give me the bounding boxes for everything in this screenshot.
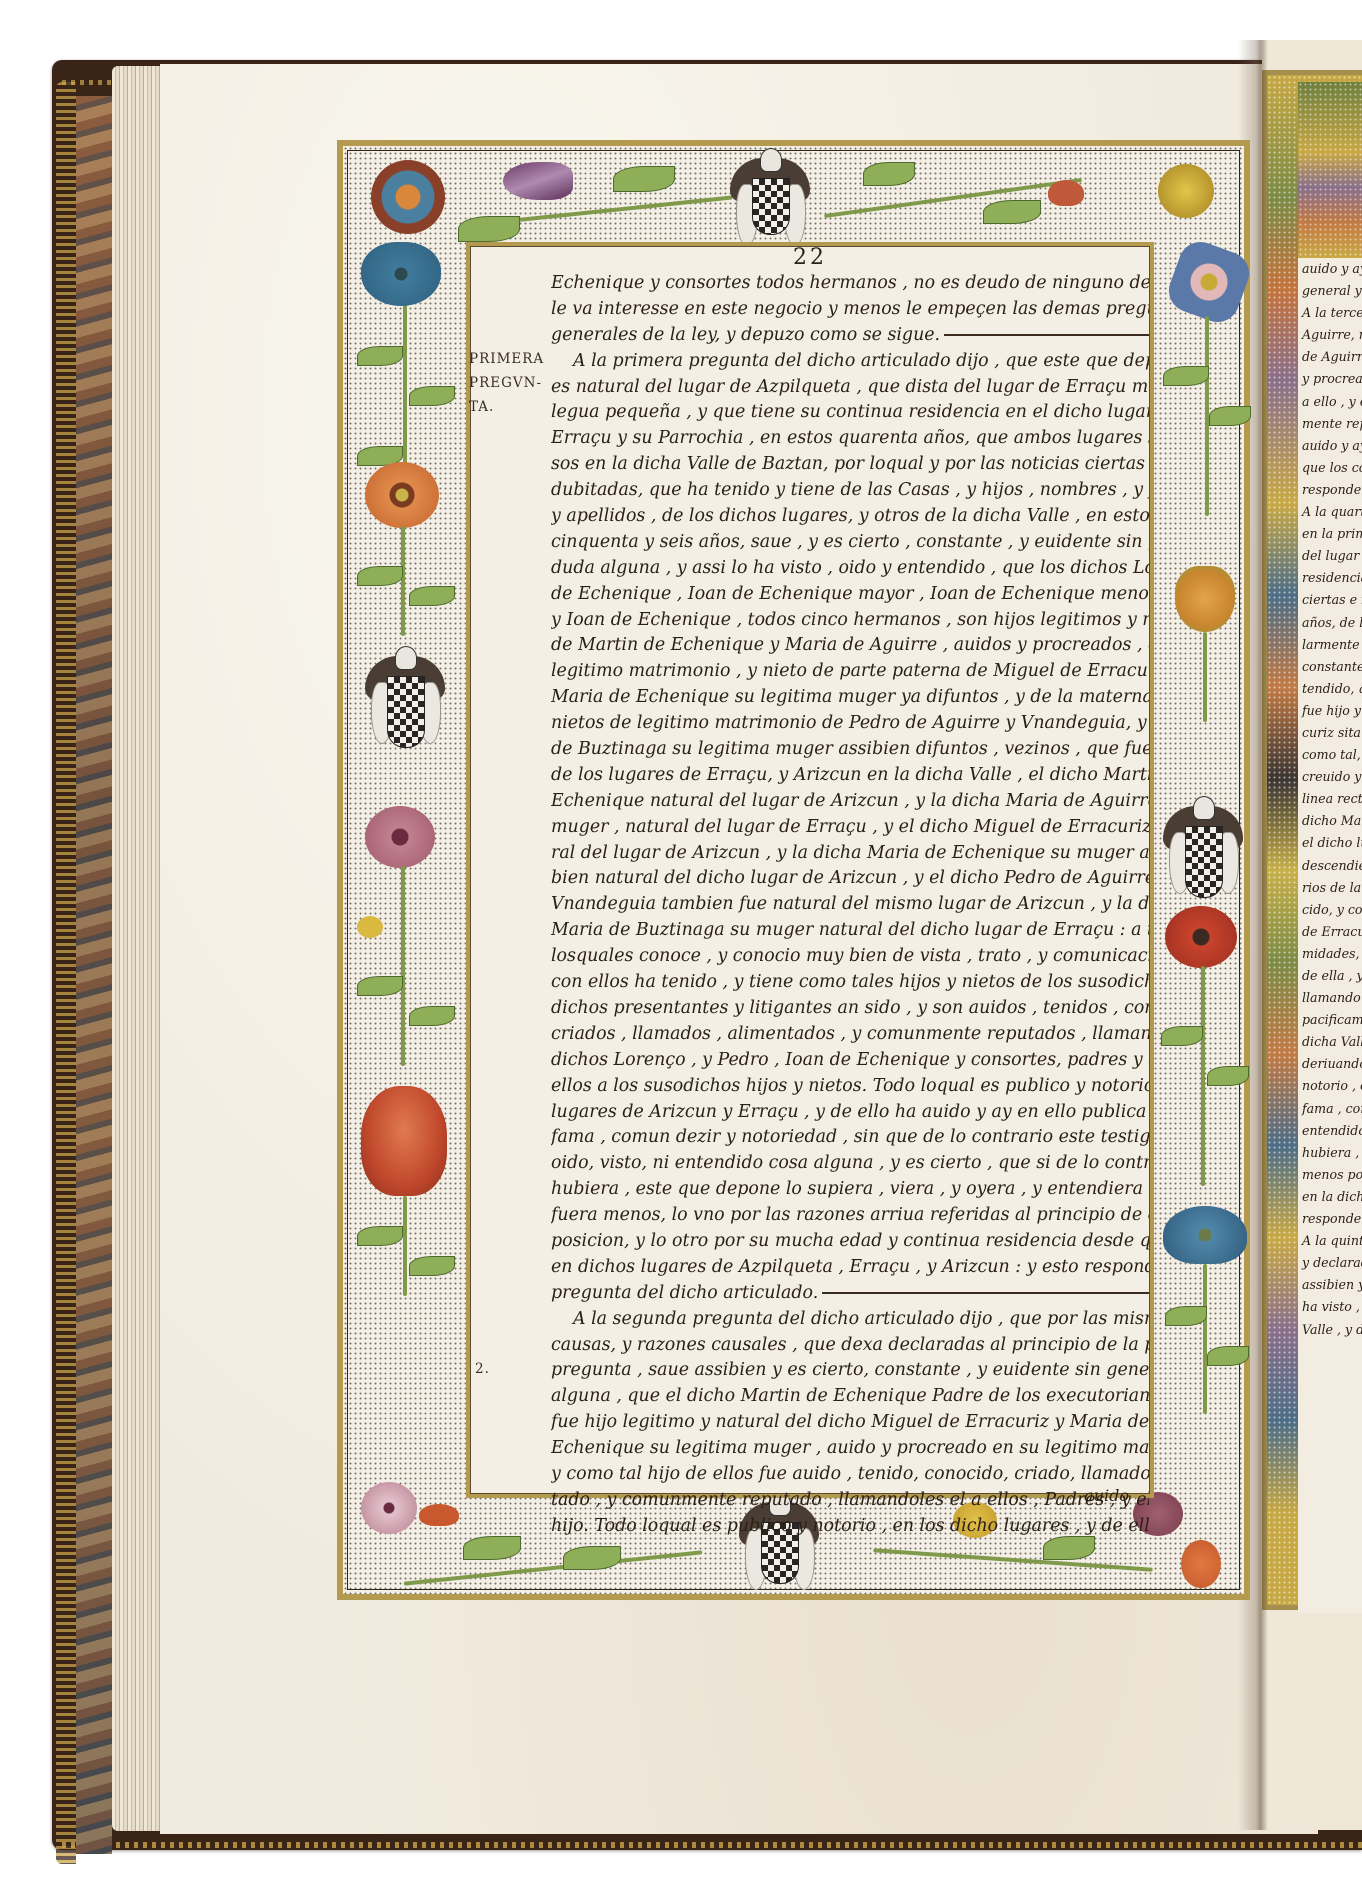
right-page-text-line: midades, tiene bbox=[1302, 943, 1362, 965]
text-line: dichos Lorenço , y Pedro , Ioan de Echen… bbox=[551, 1048, 1149, 1074]
right-page-text-line: curiz sita e bbox=[1302, 722, 1362, 744]
text-line: Maria de Buztinaga su muger natural del … bbox=[551, 918, 1149, 944]
right-page-text-line: llamando los bbox=[1302, 987, 1362, 1009]
right-page-text-line: a ello , y es auida, bbox=[1302, 391, 1362, 413]
text-line: nietos de legitimo matrimonio de Pedro d… bbox=[551, 711, 1149, 737]
gilt-tooling-bottom bbox=[62, 1842, 1362, 1848]
text-line: lugares de Arizcun y Erraçu , y de ello … bbox=[551, 1100, 1149, 1126]
right-page-text-line: mente reputada , ll bbox=[1302, 413, 1362, 435]
text-line: bien natural del dicho lugar de Arizcun … bbox=[551, 866, 1149, 892]
right-page-text-line: el dicho luga bbox=[1302, 832, 1362, 854]
text-line: y Ioan de Echenique , todos cinco herman… bbox=[551, 608, 1149, 634]
text-line: con ellos ha tenido , y tiene como tales… bbox=[551, 970, 1149, 996]
text-line: de Echenique , Ioan de Echenique mayor ,… bbox=[551, 582, 1149, 608]
right-page-text-line: dicho Maria bbox=[1302, 810, 1362, 832]
page-number: 22 bbox=[471, 245, 1149, 270]
right-page-text-line: hubiera , este bbox=[1302, 1142, 1362, 1164]
text-line: fuera menos, lo vno por las razones arri… bbox=[551, 1203, 1149, 1229]
text-line: A la segunda pregunta del dicho articula… bbox=[551, 1307, 1149, 1333]
text-line: Vnandeguia tambien fue natural del mismo… bbox=[551, 892, 1149, 918]
line-filler-rule bbox=[944, 334, 1149, 336]
right-page-text-line: y procreado , en su bbox=[1302, 368, 1362, 390]
text-line: le va interesse en este negocio y menos … bbox=[551, 297, 1149, 323]
orange-marigold-ornament-icon bbox=[1181, 1540, 1221, 1588]
dianthus-ornament-icon bbox=[361, 1482, 417, 1534]
right-page-text-line: fue hijo y d bbox=[1302, 700, 1362, 722]
floral-border-frame: 22 PRIMERA PREGVN- TA. 2. Echenique y co… bbox=[337, 140, 1250, 1600]
text-line: losquales conoce , y conocio muy bien de… bbox=[551, 944, 1149, 970]
right-page-text-line: responde a la bbox=[1302, 1208, 1362, 1230]
right-page-text-line: creuido y rec bbox=[1302, 766, 1362, 788]
yellow-tulip-ornament-icon bbox=[1175, 566, 1235, 632]
right-page-text-line: del lugar de bbox=[1302, 545, 1362, 567]
text-line: en dichos lugares de Azpilqueta , Erraçu… bbox=[551, 1255, 1149, 1281]
coat-of-arms-right-icon bbox=[1163, 796, 1243, 906]
orange-bud-ornament-icon bbox=[419, 1504, 459, 1526]
right-page-text-line: residencia , q bbox=[1302, 567, 1362, 589]
text-line: fama , comun dezir y notoriedad , sin qu… bbox=[551, 1125, 1149, 1151]
text-line: es natural del lugar de Azpilqueta , que… bbox=[551, 375, 1149, 401]
red-flower-ornament-icon bbox=[1165, 906, 1237, 968]
right-page-text-line: Aguirre, madre de bbox=[1302, 324, 1362, 346]
marbled-pastedown bbox=[76, 96, 112, 1854]
right-page-text-line: dicha Valle bbox=[1302, 1031, 1362, 1053]
right-page-text-line: como tal, lo bbox=[1302, 744, 1362, 766]
text-line: muger , natural del lugar de Erraçu , y … bbox=[551, 815, 1149, 841]
text-line: causas, y razones causales , que dexa de… bbox=[551, 1333, 1149, 1359]
yellow-rose-ornament-icon bbox=[1158, 164, 1214, 218]
right-page-text-line: general y singularme bbox=[1302, 280, 1362, 302]
blue-iris-ornament-icon bbox=[1163, 1206, 1247, 1264]
blue-pansy-ornament-icon bbox=[361, 242, 441, 306]
text-line: y apellidos , de los dichos lugares, y o… bbox=[551, 504, 1149, 530]
text-line: ellos a los susodichos hijos y nietos. T… bbox=[551, 1074, 1149, 1100]
right-page-text-line: notorio , en bbox=[1302, 1075, 1362, 1097]
right-page-text-line: y declarada bbox=[1302, 1252, 1362, 1274]
right-page-text-line: A la quarta bbox=[1302, 501, 1362, 523]
right-page-text-line: que los conocieron bbox=[1302, 457, 1362, 479]
right-page-text-line: cido, y comunm bbox=[1302, 899, 1362, 921]
text-line: hijo. Todo loqual es publico y notorio ,… bbox=[551, 1514, 1149, 1540]
text-line: cinquenta y seis años, saue , y es ciert… bbox=[551, 530, 1149, 556]
text-line: sos en la dicha Valle de Baztan, por loq… bbox=[551, 452, 1149, 478]
coat-of-arms-top-icon bbox=[730, 148, 810, 238]
right-page-text-line: larmente de l bbox=[1302, 634, 1362, 656]
text-line: fue hijo legitimo y natural del dicho Mi… bbox=[551, 1410, 1149, 1436]
right-page-text-line: assibien y es bbox=[1302, 1274, 1362, 1296]
text-line: legua pequeña , y que tiene su continua … bbox=[551, 400, 1149, 426]
right-page-top-ornament bbox=[1298, 82, 1362, 258]
text-line: alguna , que el dicho Martin de Echeniqu… bbox=[551, 1384, 1149, 1410]
text-line: dichos presentantes y litigantes an sido… bbox=[551, 996, 1149, 1022]
text-line: dubitadas, que ha tenido y tiene de las … bbox=[551, 478, 1149, 504]
right-page-text-line: ciertas e indub bbox=[1302, 589, 1362, 611]
right-page-text-line: ha visto , y bbox=[1302, 1296, 1362, 1318]
text-line: ral del lugar de Arizcun , y la dicha Ma… bbox=[551, 841, 1149, 867]
right-page-text-line: rios de la dich bbox=[1302, 877, 1362, 899]
document-body-text: Echenique y consortes todos hermanos , n… bbox=[551, 271, 1149, 1540]
text-panel: 22 PRIMERA PREGVN- TA. 2. Echenique y co… bbox=[466, 242, 1154, 1498]
text-line: y como tal hijo de ellos fue auido , ten… bbox=[551, 1462, 1149, 1488]
right-page-text-line: A la quint bbox=[1302, 1230, 1362, 1252]
text-line: Echenique y consortes todos hermanos , n… bbox=[551, 271, 1149, 297]
red-poppy-ornament-icon bbox=[361, 1086, 447, 1196]
catchword: auido bbox=[1084, 1486, 1129, 1505]
right-page-text-line: responde a la pre bbox=[1302, 479, 1362, 501]
right-page-text: auido y ay publicageneral y singularmeA … bbox=[1298, 258, 1362, 1613]
carnation-bud-ornament-icon bbox=[1048, 180, 1084, 206]
text-line: legitimo matrimonio , y nieto de parte p… bbox=[551, 659, 1149, 685]
right-page-text-line: constante y e bbox=[1302, 656, 1362, 678]
coat-of-arms-left-icon bbox=[365, 646, 445, 756]
right-page-text-line: de Aguirre y Vnand bbox=[1302, 346, 1362, 368]
right-page-text-line: menos por ser bbox=[1302, 1164, 1362, 1186]
text-line: oido, visto, ni entendido cosa alguna , … bbox=[551, 1151, 1149, 1177]
blue-star-flower-ornament-icon bbox=[1163, 236, 1255, 328]
tulip-bud-ornament-icon bbox=[503, 162, 573, 200]
right-page-text-line: auido y ay publica bbox=[1302, 435, 1362, 457]
text-line: duda alguna , y assi lo ha visto , oido … bbox=[551, 556, 1149, 582]
right-page-text-line: linea recta de bbox=[1302, 788, 1362, 810]
text-line: hubiera , este que depone lo supiera , v… bbox=[551, 1177, 1149, 1203]
yellow-bud-ornament-icon bbox=[357, 916, 383, 938]
right-page-text-line: tendido, que bbox=[1302, 678, 1362, 700]
text-line: posicion, y lo otro por su mucha edad y … bbox=[551, 1229, 1149, 1255]
right-page-text-line: en la primera p bbox=[1302, 523, 1362, 545]
margin-note-2: 2. bbox=[475, 1357, 490, 1381]
right-page-text-line: años, de las de bbox=[1302, 612, 1362, 634]
orange-poppy-ornament-icon bbox=[365, 462, 439, 528]
right-page-text-line: descendiente p bbox=[1302, 855, 1362, 877]
right-page-text-line: Valle , y de bbox=[1302, 1319, 1362, 1341]
text-line: generales de la ley, y depuzo como se si… bbox=[551, 323, 1149, 349]
text-line: Maria de Echenique su legitima muger ya … bbox=[551, 685, 1149, 711]
text-line: Echenique natural del lugar de Arizcun ,… bbox=[551, 789, 1149, 815]
rose-ornament-icon bbox=[371, 160, 445, 234]
right-page-text-line: auido y ay publica bbox=[1302, 258, 1362, 280]
text-line: Erraçu y su Parrochia , en estos quarent… bbox=[551, 426, 1149, 452]
text-line: pregunta del dicho articulado. bbox=[551, 1281, 1149, 1307]
text-line: criados , llamados , alimentados , y com… bbox=[551, 1022, 1149, 1048]
gilt-tooling-spine-edge bbox=[56, 82, 76, 1864]
text-line: Echenique su legitima muger , auido y pr… bbox=[551, 1436, 1149, 1462]
text-line: de Martin de Echenique y Maria de Aguirr… bbox=[551, 633, 1149, 659]
right-page-text-line: pacificamente bbox=[1302, 1009, 1362, 1031]
right-page-text-line: en la dicha V bbox=[1302, 1186, 1362, 1208]
text-line: A la primera pregunta del dicho articula… bbox=[551, 349, 1149, 375]
right-page-text-line: fama , comun bbox=[1302, 1098, 1362, 1120]
right-page-text-line: entendido es bbox=[1302, 1120, 1362, 1142]
line-filler-rule bbox=[822, 1292, 1149, 1294]
right-page-text-line: de ella , y c bbox=[1302, 965, 1362, 987]
text-line: pregunta , saue assibien y es cierto, co… bbox=[551, 1358, 1149, 1384]
right-page-text-line: A la tercera preg bbox=[1302, 302, 1362, 324]
text-line: tado , y comunmente reputado , llamandol… bbox=[551, 1488, 1149, 1514]
text-line: de Buztinaga su legitima muger assibien … bbox=[551, 737, 1149, 763]
pink-carnation-ornament-icon bbox=[365, 806, 435, 868]
right-page-text-line: de Erracuriz bbox=[1302, 921, 1362, 943]
right-page-text-line: deriuando y bbox=[1302, 1053, 1362, 1075]
text-line: de los lugares de Erraçu, y Arizcun en l… bbox=[551, 763, 1149, 789]
margin-note-primera-pregunta: PRIMERA PREGVN- TA. bbox=[469, 347, 544, 419]
